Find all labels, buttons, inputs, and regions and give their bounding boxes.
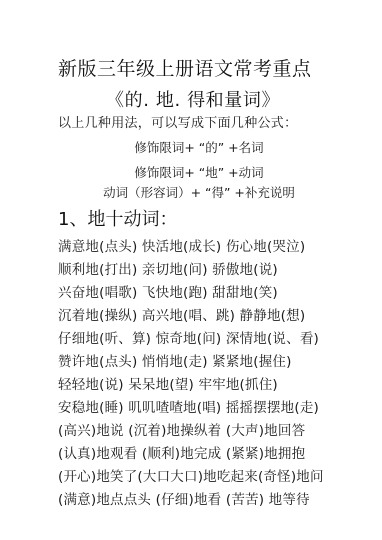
list-item: 兴奋地(唱歌) 飞快地(跑) 甜甜地(笑) xyxy=(58,282,324,305)
list-item: 顺利地(打出) 亲切地(问) 骄傲地(说) xyxy=(58,259,324,282)
document-page: 新版三年级上册语文常考重点 《的. 地. 得和量词》 以上几种用法，可以写成下面… xyxy=(0,0,382,540)
formula-de-complement: 动词（形容词）+ “得” +补充说明 xyxy=(8,184,382,202)
list-item: (认真)地观看 (顺利)地完成 (紧紧)地拥抱 xyxy=(58,443,324,466)
list-item: 轻轻地(说) 呆呆地(望) 牢牢地(抓住) xyxy=(58,374,324,397)
word-list: 满意地(点头) 快活地(成长) 伤心地(哭泣) 顺利地(打出) 亲切地(问) 骄… xyxy=(58,236,324,512)
list-item: 安稳地(睡) 叽叽喳喳地(唱) 摇摇摆摆地(走) xyxy=(58,397,324,420)
formula-di-verb: 修饰限词+ “地” +动词 xyxy=(8,164,382,182)
section-heading: 1、地十动词： xyxy=(58,208,177,232)
list-item: 满意地(点头) 快活地(成长) 伤心地(哭泣) xyxy=(58,236,324,259)
list-item: 沉着地(操纵) 高兴地(唱、跳) 静静地(想) xyxy=(58,305,324,328)
document-title: 新版三年级上册语文常考重点 xyxy=(58,57,312,81)
list-item: (满意)地点点头 (仔细)地看 (苦苦) 地等待 xyxy=(58,489,324,512)
formula-de-noun: 修饰限词+ “的” +名词 xyxy=(8,139,382,157)
list-item: 赞许地(点头) 悄悄地(走) 紧紧地(握住) xyxy=(58,351,324,374)
list-item: (开心)地笑了(大口大口)地吃起来(奇怪)地问 xyxy=(58,466,324,489)
intro-text: 以上几种用法，可以写成下面几种公式： xyxy=(58,115,297,133)
document-subtitle: 《的. 地. 得和量词》 xyxy=(106,89,280,113)
list-item: (高兴)地说 (沉着)地操纵着 (大声)地回答 xyxy=(58,420,324,443)
list-item: 仔细地(听、算) 惊奇地(问) 深情地(说、看) xyxy=(58,328,324,351)
